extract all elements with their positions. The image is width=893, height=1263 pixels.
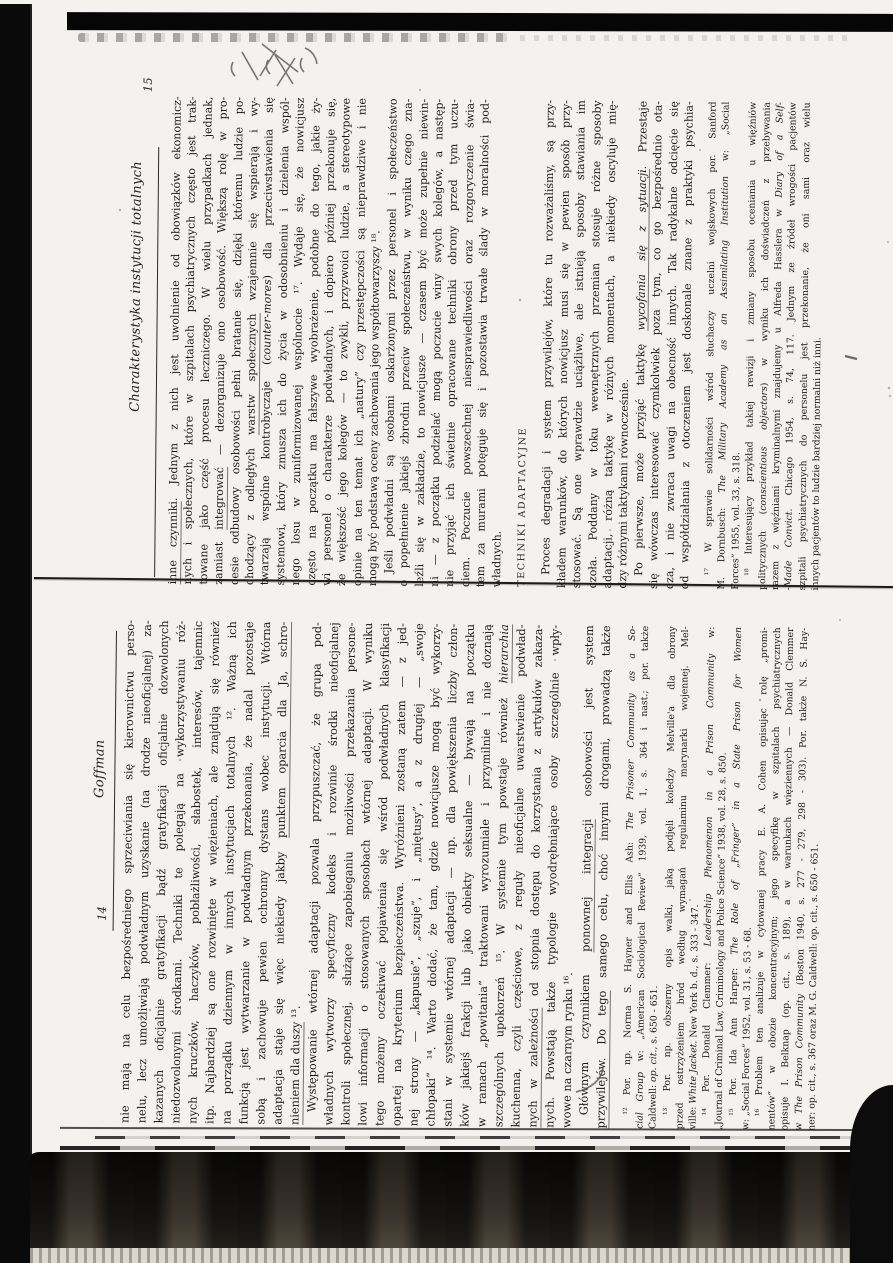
exposure-bar-top [67, 12, 893, 32]
page-number-right: 15 [141, 77, 155, 92]
scanned-book-page: { "right_page": { "page_number": "15", "… [0, 0, 893, 1263]
book-page-right: 15 Charakterystyka instytucji totalnych … [36, 46, 893, 588]
book-edge-shadow-band [30, 1152, 893, 1250]
film-strip-left [0, 4, 32, 1263]
body-text-left: nie mają na celu bezpośredniego sprzeciw… [116, 620, 615, 1129]
body-text-right: inne czynniki. Jednym z nich jest uwolni… [165, 96, 697, 589]
running-head-rule-right [154, 147, 159, 577]
running-head-right: Charakterystyka instytucji totalnych [128, 149, 146, 424]
scan-dust-row [78, 33, 508, 42]
page-right-content: 15 Charakterystyka instytucji totalnych … [36, 46, 893, 596]
running-head-left: Goffman [92, 699, 109, 839]
page-left-content: 14 Goffman nie mają na celu bezpośrednie… [36, 596, 893, 1168]
scan-dust-row-2 [520, 35, 850, 41]
page-edge-streak [95, 1136, 893, 1139]
book-page-left: 14 Goffman nie mają na celu bezpośrednie… [36, 596, 893, 1158]
page-number-left: 14 [95, 906, 109, 921]
page-edge-streak [60, 1146, 893, 1150]
footnotes-left: ¹² Por. np. Norma S. Hayner and Ellis As… [620, 626, 824, 1131]
footnotes-right: ¹⁷ W sprawie solidarności wśród słuchacz… [702, 101, 827, 590]
scanner-bed-strip [30, 1248, 893, 1263]
running-head-rule-left [113, 631, 118, 931]
text-line: od współdziałania z otoczeniem jest dosk… [677, 101, 697, 589]
text-line: TECHNIKI ADAPTACYJNE [514, 100, 534, 587]
